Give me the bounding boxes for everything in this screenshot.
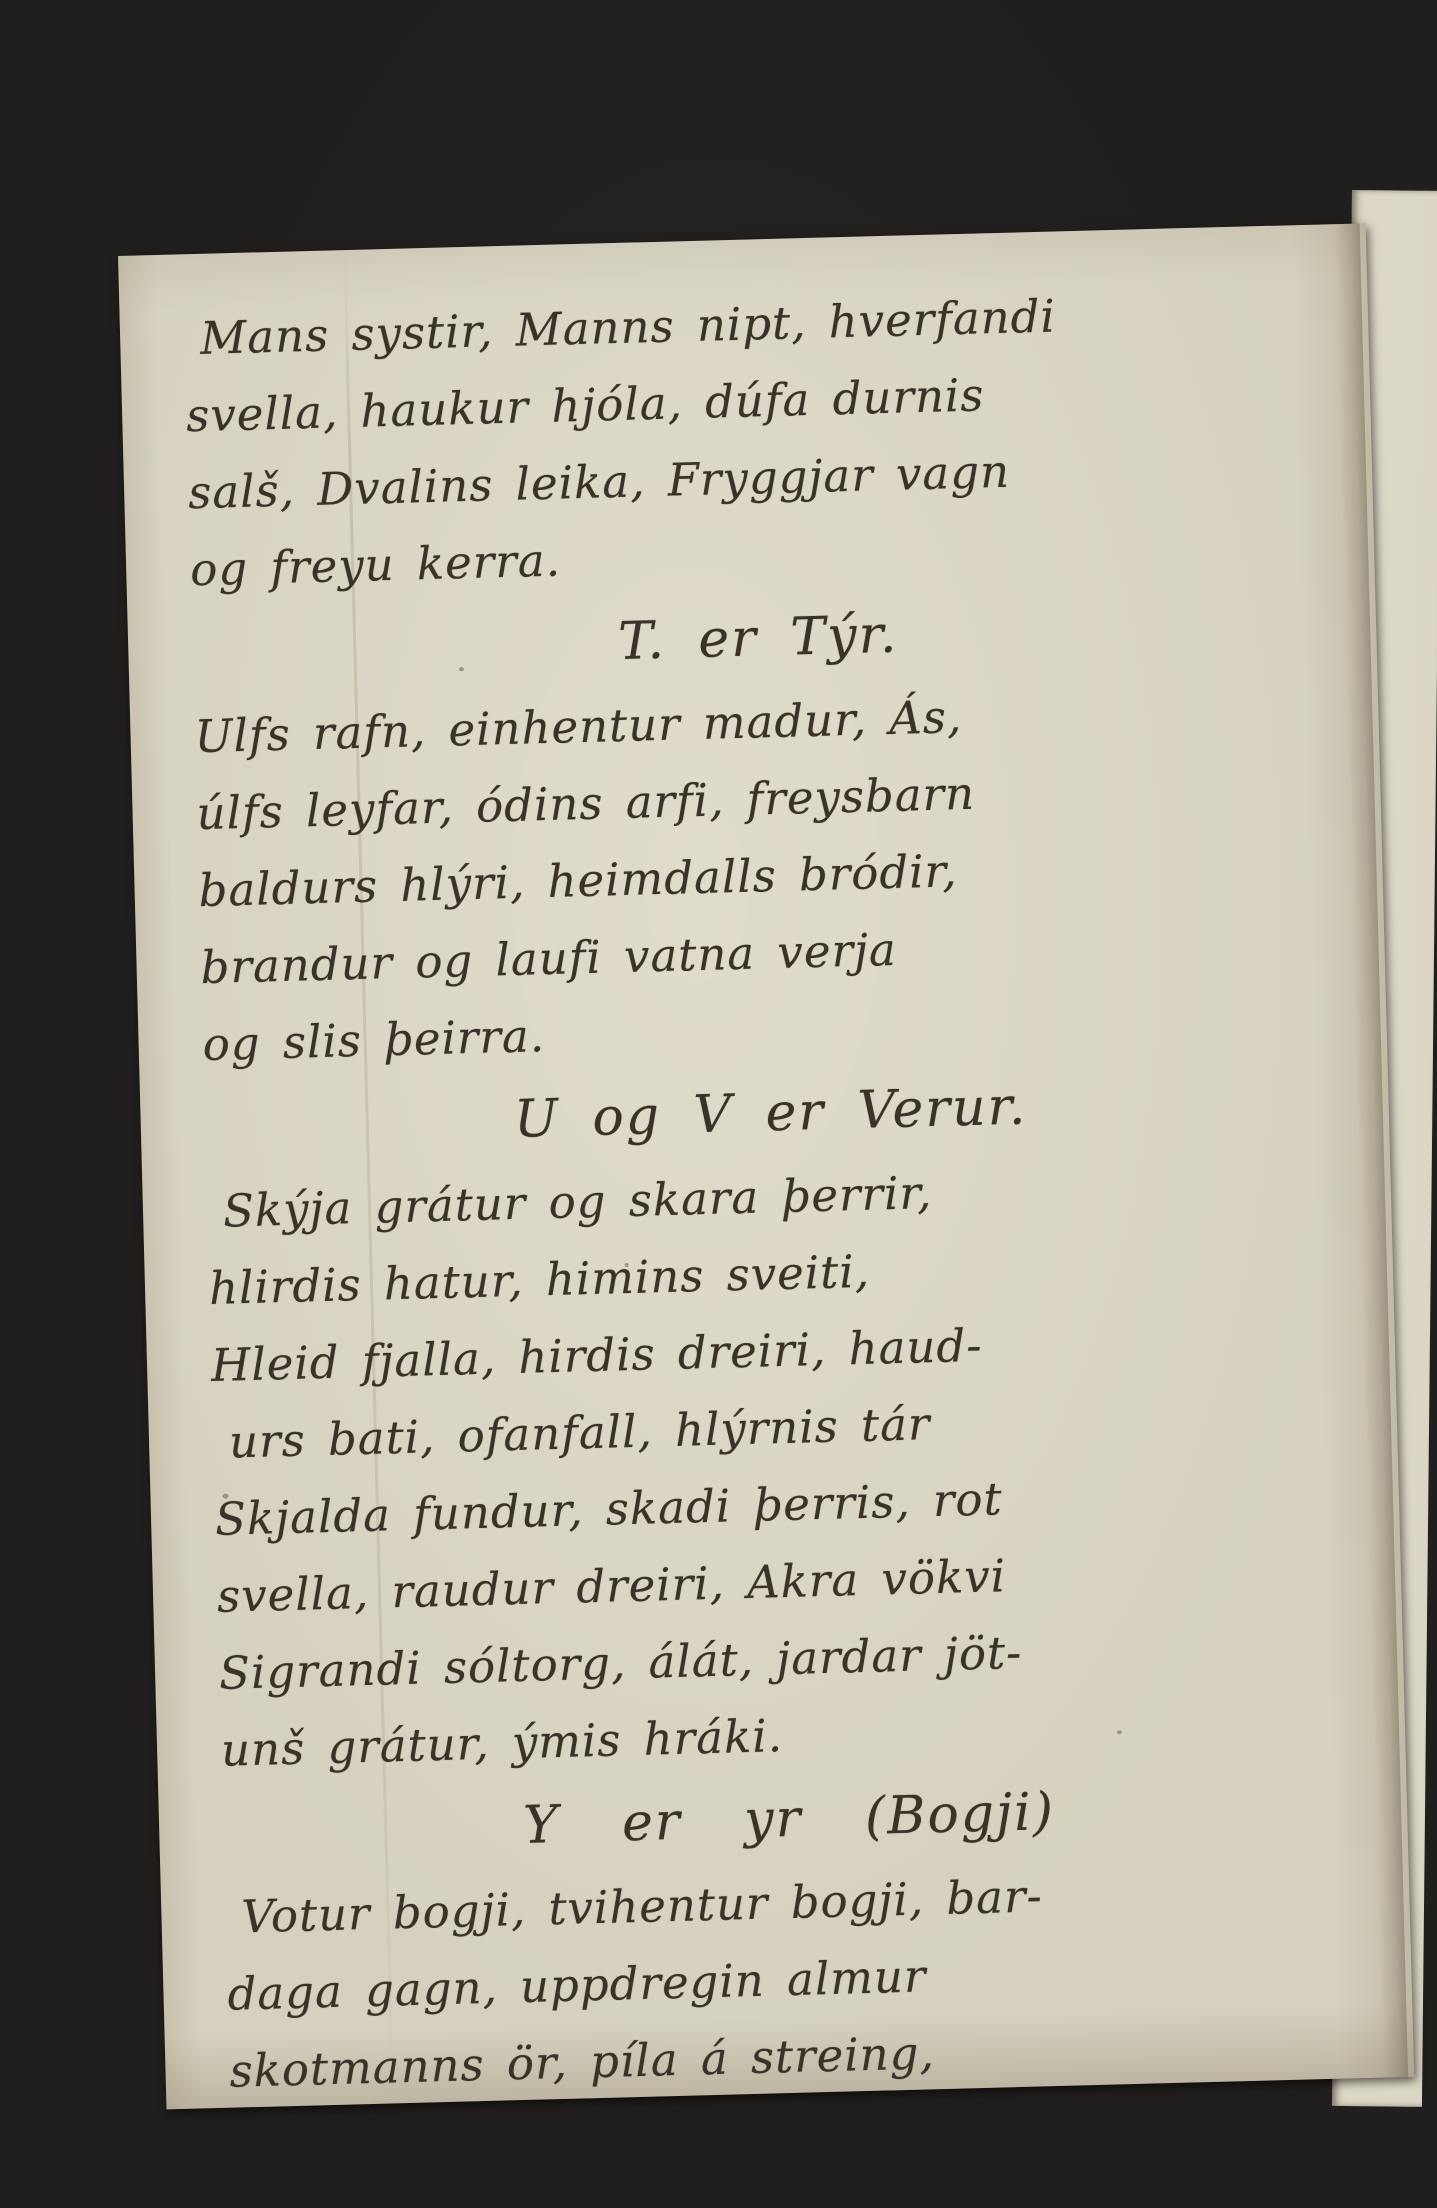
manuscript-page: Mans systir, Manns nipt, hverfandi svell… xyxy=(118,223,1414,2109)
scanned-manuscript-view: Mans systir, Manns nipt, hverfandi svell… xyxy=(0,0,1437,2208)
